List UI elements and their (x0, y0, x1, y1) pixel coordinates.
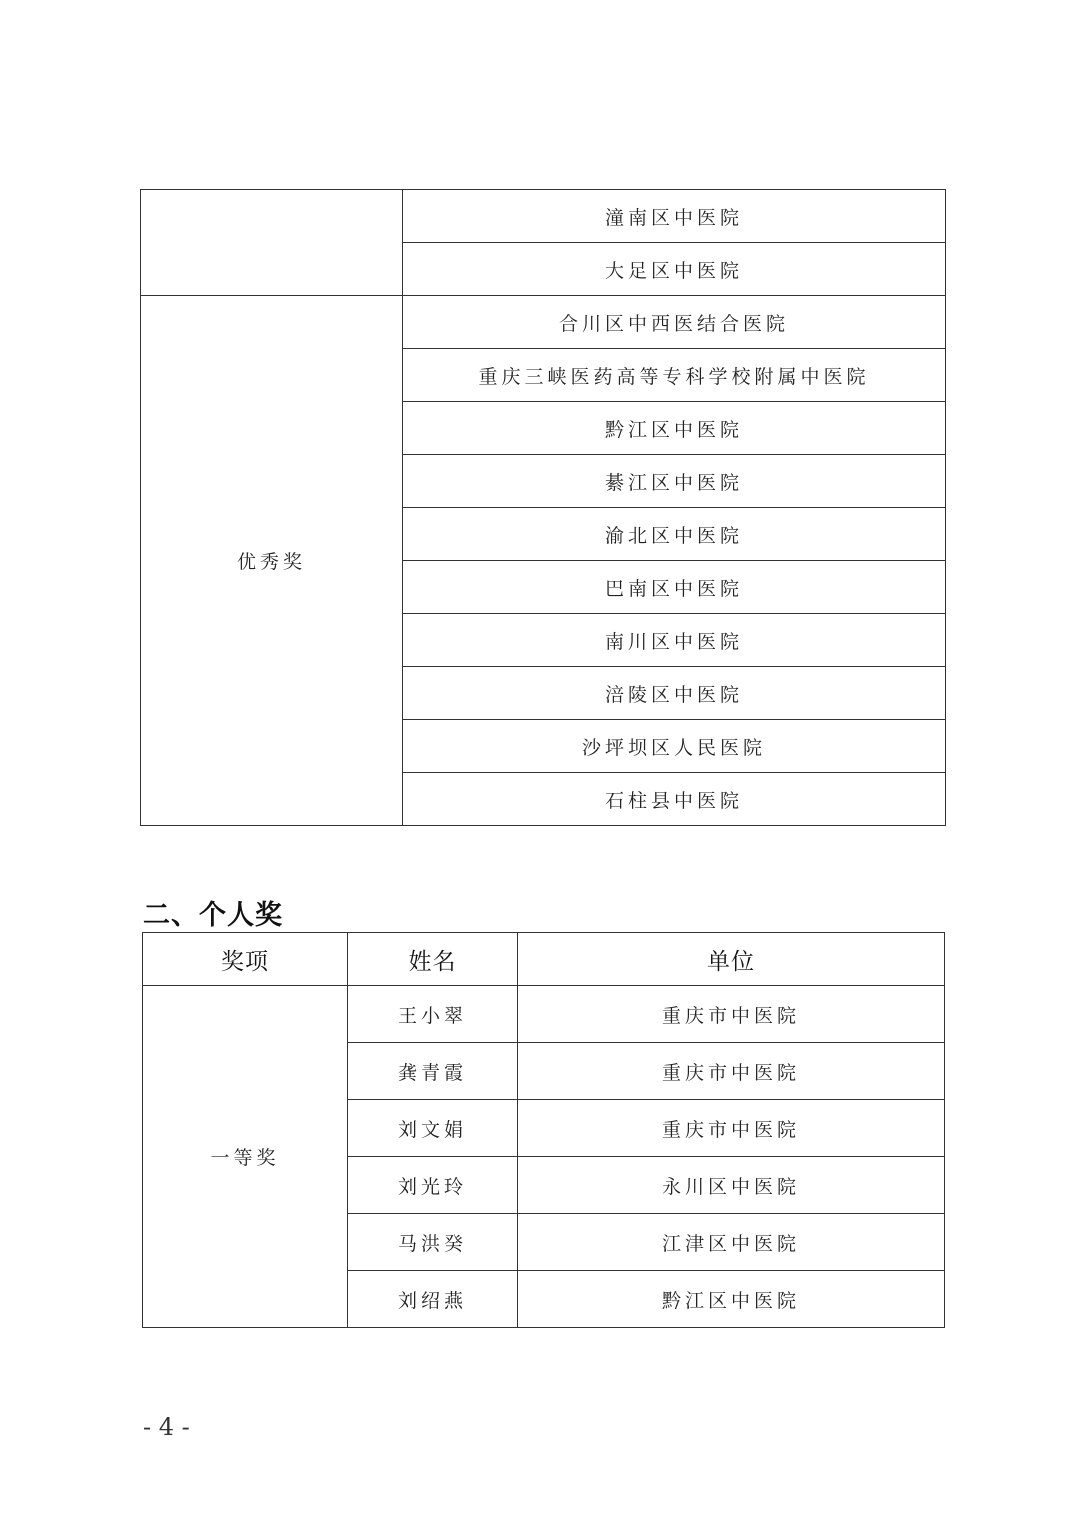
unit-cell: 石柱县中医院 (403, 773, 946, 826)
unit-cell: 涪陵区中医院 (403, 667, 946, 720)
unit-cell: 永川区中医院 (518, 1157, 945, 1214)
unit-cell: 重庆市中医院 (518, 1043, 945, 1100)
unit-cell: 沙坪坝区人民医院 (403, 720, 946, 773)
unit-cell: 南川区中医院 (403, 614, 946, 667)
header-award: 奖项 (143, 933, 348, 986)
unit-cell: 潼南区中医院 (403, 190, 946, 243)
table-row: 一等奖 王小翠 重庆市中医院 (143, 986, 945, 1043)
section-heading: 二、个人奖 (143, 893, 283, 932)
unit-cell: 巴南区中医院 (403, 561, 946, 614)
unit-cell: 黔江区中医院 (518, 1271, 945, 1328)
award-cell (141, 190, 403, 296)
name-cell: 刘文娟 (348, 1100, 518, 1157)
table-row: 优秀奖 合川区中西医结合医院 (141, 296, 946, 349)
unit-cell: 合川区中西医结合医院 (403, 296, 946, 349)
table-header-row: 奖项 姓名 单位 (143, 933, 945, 986)
name-cell: 刘光玲 (348, 1157, 518, 1214)
unit-cell: 重庆市中医院 (518, 986, 945, 1043)
team-award-table: 潼南区中医院 大足区中医院 优秀奖 合川区中西医结合医院 重庆三峡医药高等专科学… (140, 189, 946, 826)
page-number: - 4 - (143, 1413, 190, 1441)
table-row: 潼南区中医院 (141, 190, 946, 243)
name-cell: 刘绍燕 (348, 1271, 518, 1328)
unit-cell: 江津区中医院 (518, 1214, 945, 1271)
unit-cell: 綦江区中医院 (403, 455, 946, 508)
unit-cell: 重庆市中医院 (518, 1100, 945, 1157)
unit-cell: 大足区中医院 (403, 243, 946, 296)
name-cell: 马洪癸 (348, 1214, 518, 1271)
unit-cell: 重庆三峡医药高等专科学校附属中医院 (403, 349, 946, 402)
unit-cell: 黔江区中医院 (403, 402, 946, 455)
name-cell: 龚青霞 (348, 1043, 518, 1100)
unit-cell: 渝北区中医院 (403, 508, 946, 561)
name-cell: 王小翠 (348, 986, 518, 1043)
header-name: 姓名 (348, 933, 518, 986)
header-unit: 单位 (518, 933, 945, 986)
award-cell: 优秀奖 (141, 296, 403, 826)
individual-award-table: 奖项 姓名 单位 一等奖 王小翠 重庆市中医院 龚青霞 重庆市中医院 刘文娟 重… (142, 932, 945, 1328)
award-cell: 一等奖 (143, 986, 348, 1328)
